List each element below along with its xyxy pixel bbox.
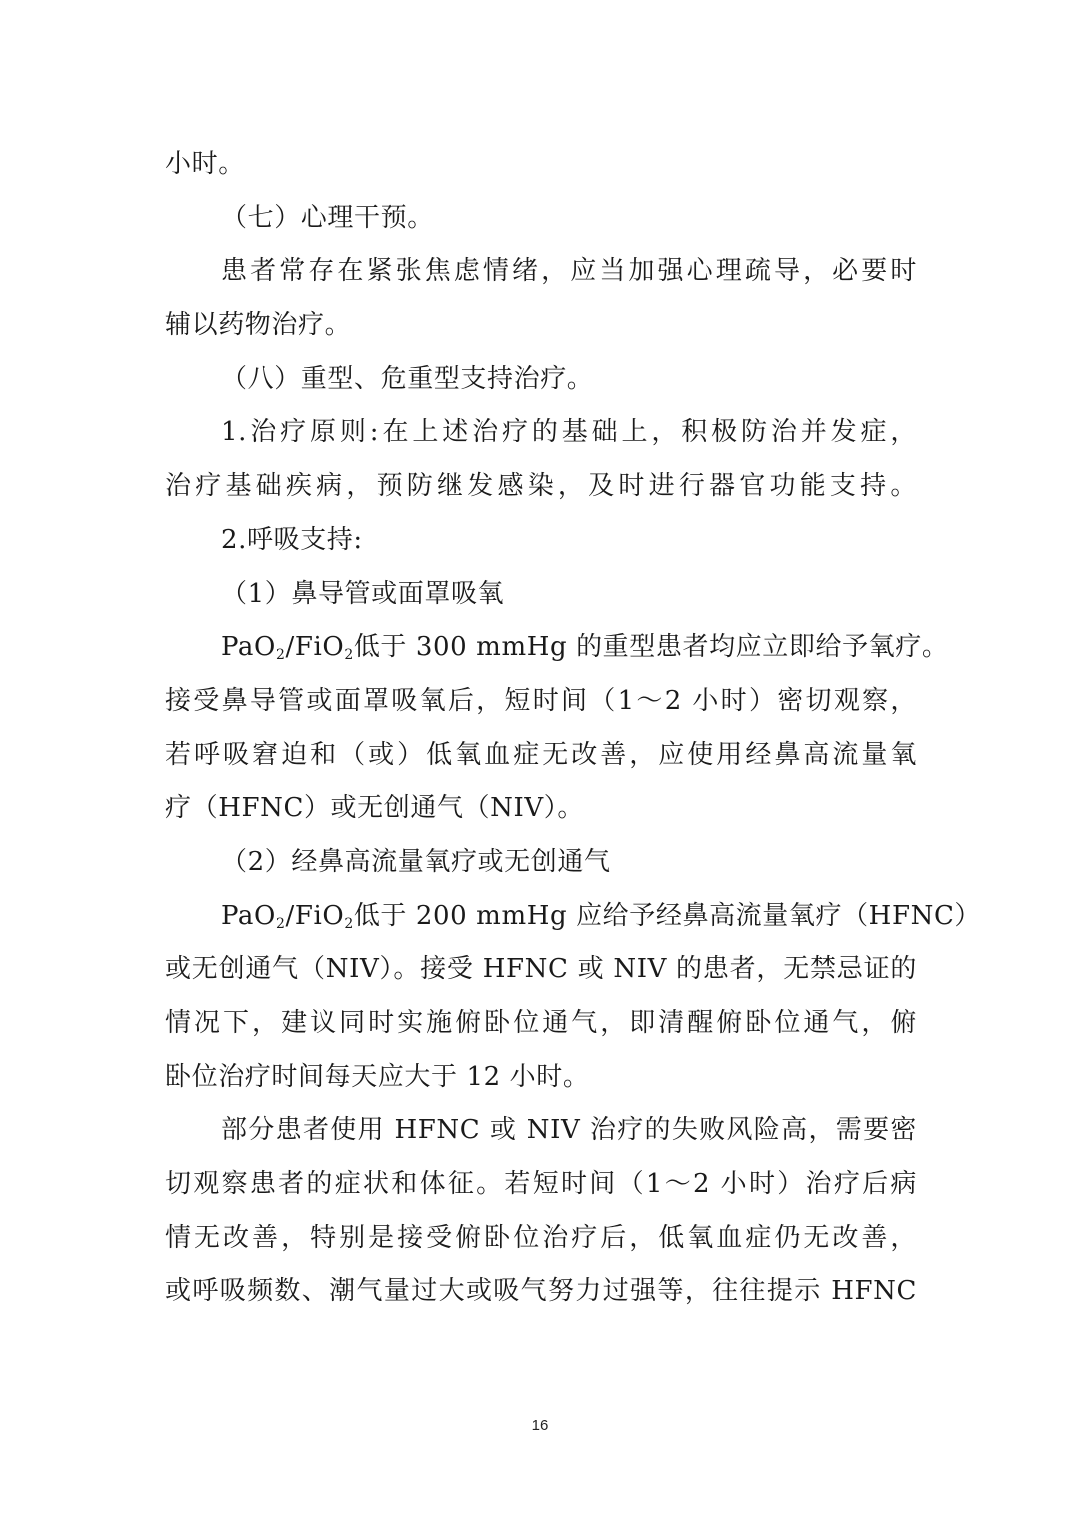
paragraph-line: 患者常存在紧张焦虑情绪，应当加强心理疏导，必要时 (165, 245, 917, 299)
page-number: 16 (0, 1417, 1080, 1434)
formula-text: 低于 200 mmHg 应给予经鼻高流量氧疗（HFNC） (354, 901, 981, 931)
formula-pao2-fio2: PaO2/FiO2 (221, 632, 354, 662)
paragraph-line-formula: PaO2/FiO2低于 300 mmHg 的重型患者均应立即给予氧疗。 (165, 621, 917, 675)
paragraph-line: 或呼吸频数、潮气量过大或吸气努力过强等，往往提示 HFNC (165, 1265, 917, 1319)
subheading-nasal-cannula: （1）鼻导管或面罩吸氧 (165, 568, 917, 622)
formula-pao2-fio2: PaO2/FiO2 (221, 901, 354, 931)
document-body: 小时。 （七）心理干预。 患者常存在紧张焦虑情绪，应当加强心理疏导，必要时 辅以… (165, 138, 917, 1319)
paragraph-line-formula: PaO2/FiO2低于 200 mmHg 应给予经鼻高流量氧疗（HFNC） (165, 890, 917, 944)
paragraph-line: 疗（HFNC）或无创通气（NIV）。 (165, 782, 917, 836)
paragraph-line: 1.治疗原则:在上述治疗的基础上，积极防治并发症， (165, 406, 917, 460)
paragraph-line: 情况下，建议同时实施俯卧位通气，即清醒俯卧位通气，俯 (165, 997, 917, 1051)
paragraph-line: 辅以药物治疗。 (165, 299, 917, 353)
paragraph-line: 情无改善，特别是接受俯卧位治疗后，低氧血症仍无改善， (165, 1212, 917, 1266)
subheading-respiratory-support: 2.呼吸支持: (165, 514, 917, 568)
section-heading-psychological-intervention: （七）心理干预。 (165, 192, 917, 246)
paragraph-line: 卧位治疗时间每天应大于 12 小时。 (165, 1051, 917, 1105)
paragraph-line: 治疗基础疾病，预防继发感染，及时进行器官功能支持。 (165, 460, 917, 514)
paragraph-line: 切观察患者的症状和体征。若短时间（1～2 小时）治疗后病 (165, 1158, 917, 1212)
paragraph-line: 接受鼻导管或面罩吸氧后，短时间（1～2 小时）密切观察， (165, 675, 917, 729)
formula-text: 低于 300 mmHg 的重型患者均应立即给予氧疗。 (354, 632, 949, 662)
subheading-hfnc-niv: （2）经鼻高流量氧疗或无创通气 (165, 836, 917, 890)
paragraph-line: 若呼吸窘迫和（或）低氧血症无改善，应使用经鼻高流量氧 (165, 729, 917, 783)
paragraph-line: 部分患者使用 HFNC 或 NIV 治疗的失败风险高，需要密 (165, 1104, 917, 1158)
text-line-continuation: 小时。 (165, 138, 917, 192)
paragraph-line: 或无创通气（NIV）。接受 HFNC 或 NIV 的患者，无禁忌证的 (165, 943, 917, 997)
section-heading-severe-support: （八）重型、危重型支持治疗。 (165, 353, 917, 407)
